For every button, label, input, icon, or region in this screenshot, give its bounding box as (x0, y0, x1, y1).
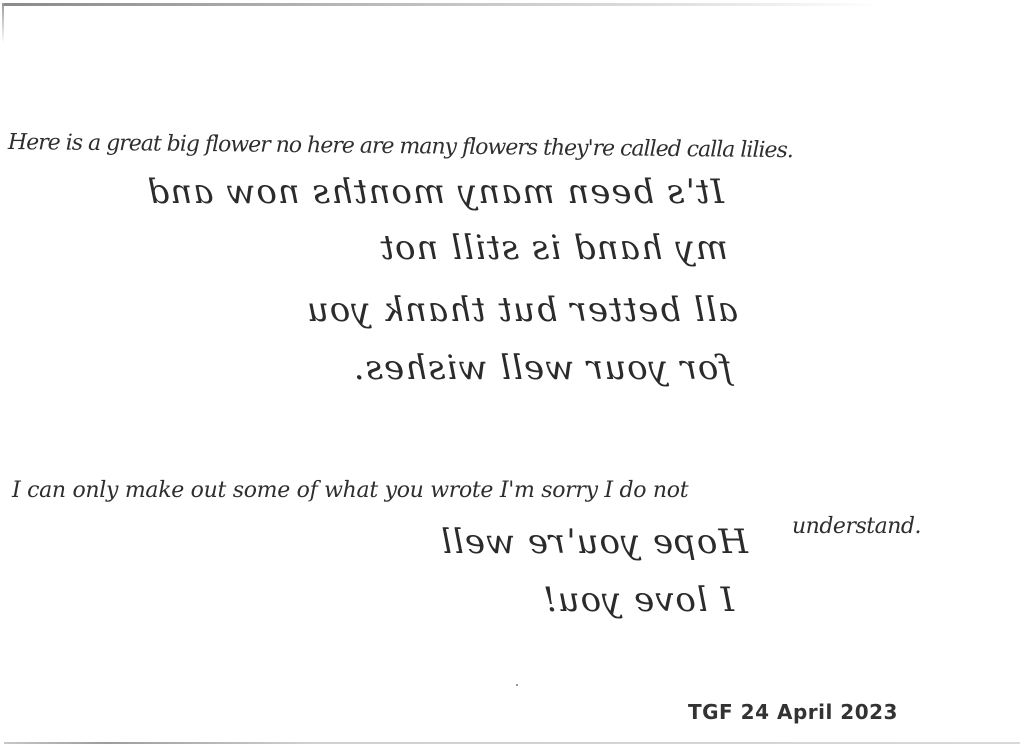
paper-bottom-edge (4, 742, 1020, 744)
reply-line-2: I can only make out some of what you wro… (12, 478, 688, 503)
ink-speck (516, 684, 518, 686)
paper-left-edge (2, 3, 4, 43)
reply-line-1: Here is a great big flower no here are m… (8, 130, 793, 163)
mirrored-line-1: It's been many months now and (134, 172, 724, 212)
mirrored-line-6: I love you! (414, 580, 734, 620)
handwritten-note-page: Here is a great big flower no here are m… (0, 0, 1024, 750)
mirrored-line-4: for your well wishes. (222, 348, 732, 388)
signature-date: TGF 24 April 2023 (688, 700, 898, 724)
mirrored-line-3: all better but thank you (208, 290, 738, 330)
mirrored-line-5: Hope you're well (348, 522, 748, 562)
mirrored-line-2: my hand is still not (268, 228, 728, 268)
reply-line-2-continued: understand. (792, 514, 921, 539)
paper-top-edge (2, 3, 882, 6)
